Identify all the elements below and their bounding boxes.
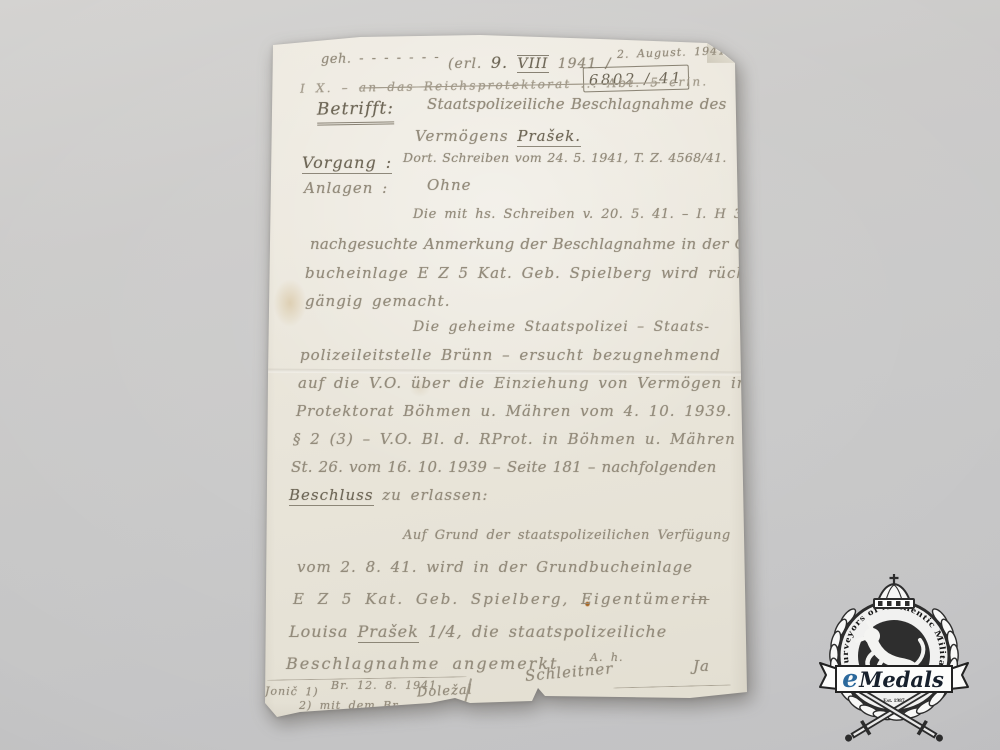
margin-note: 2) mit dem Br.: [299, 700, 402, 713]
crown-icon: [874, 574, 914, 608]
handwritten-line: Die geheime Staatspolizei – Staats-: [413, 319, 710, 335]
annotation-geh: geh. - - - - - - -: [321, 51, 439, 68]
handwritten-line: E Z 5 Kat. Geb. Spielberg, Eigentümerin: [293, 591, 709, 608]
handwritten-line: Louisa Prašek 1/4, die staatspolizeilich…: [289, 623, 667, 641]
handwritten-line: Auf Grund der staatspolizeilichen Verfüg…: [403, 529, 731, 544]
betrifft-line-2: Vermögens Prašek.: [415, 128, 581, 145]
handwritten-line: § 2 (3) – V.O. Bl. d. RProt. in Böhmen u…: [293, 431, 736, 448]
handwritten-line: nachgesuchte Anmerkung der Beschlagnahme…: [310, 236, 789, 253]
margin-note: Jonič 1): [265, 686, 319, 700]
handwritten-line: St. 26. vom 16. 10. 1939 – Seite 181 – n…: [291, 459, 716, 476]
handwritten-line: Beschluss zu erlassen:: [289, 487, 488, 504]
vorgang-text: Dort. Schreiben vom 24. 5. 1941, T. Z. 4…: [403, 151, 727, 165]
pencil-rule: [613, 684, 731, 688]
betrifft-label: Betrifft:: [317, 99, 395, 125]
document-photo: geh. - - - - - - - (erl. 9. VIII 1941 / …: [255, 30, 755, 730]
vorgang-label: Vorgang :: [302, 154, 392, 174]
emedals-watermark-logo: Purveyors of Authentic Militaria: [812, 570, 976, 742]
handwritten-line: Protektorat Böhmen u. Mähren vom 4. 10. …: [296, 403, 732, 420]
established-text: Est. 1987: [883, 698, 905, 704]
handwritten-line: Beschlagnahme angemerkt: [286, 655, 558, 673]
name-note: Doležal: [417, 684, 474, 702]
annotation-crossed-out: I X. – an das Reichsprotektorat ... Abt.…: [300, 75, 709, 96]
anlagen-label: Anlagen :: [304, 180, 388, 197]
handwritten-line: gängig gemacht.: [305, 293, 450, 310]
paper-sheet: geh. - - - - - - - (erl. 9. VIII 1941 / …: [255, 30, 755, 730]
paraph-initial: Ja: [693, 658, 710, 675]
brand-wordmark: eMedals: [842, 664, 944, 693]
betrifft-line-1: Staatspolizeiliche Beschlagnahme des: [427, 96, 727, 113]
handwritten-line: vom 2. 8. 41. wird in der Grundbucheinla…: [297, 559, 693, 576]
handwritten-line: polizeileitstelle Brünn – ersucht bezugn…: [300, 347, 721, 364]
handwritten-line: bucheinlage E Z 5 Kat. Geb. Spielberg wi…: [305, 265, 752, 282]
handwritten-line: Die mit hs. Schreiben v. 20. 5. 41. – I.…: [413, 208, 783, 223]
anlagen-text: Ohne: [427, 177, 472, 194]
brand-banner: eMedals: [820, 663, 968, 693]
handwritten-line: auf die V.O. über die Einziehung von Ver…: [298, 375, 752, 392]
